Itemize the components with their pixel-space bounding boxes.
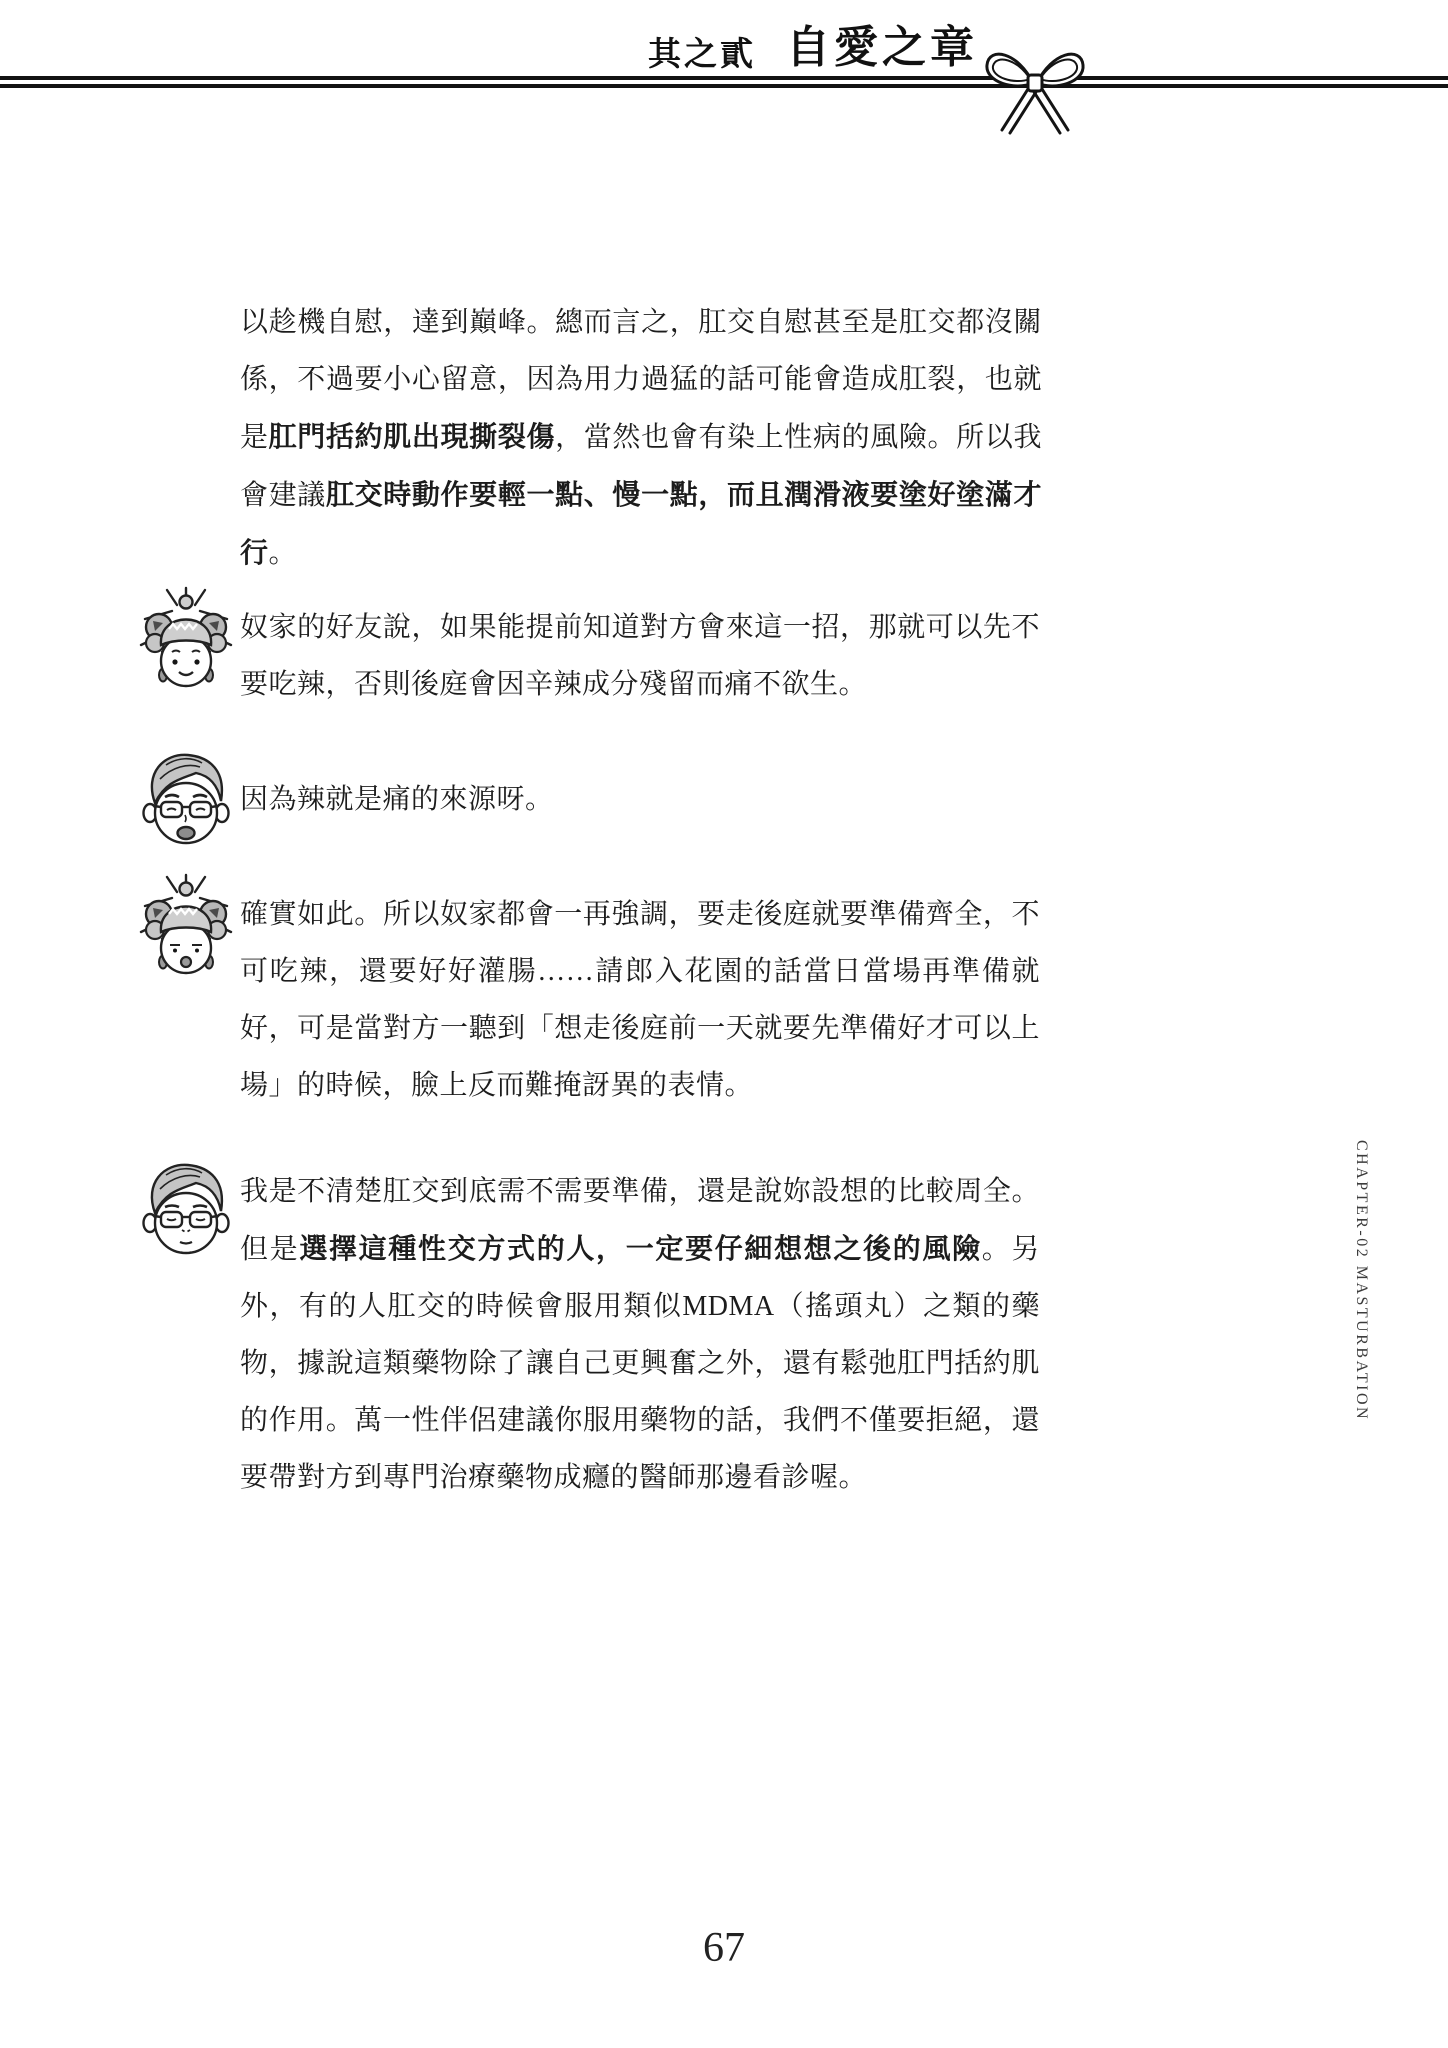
book-page: 其之貳 自愛之章 以趁機自慰，達到巔峰。總而言之，肛交自慰甚至是肛交都沒關係，不… bbox=[0, 0, 1448, 2048]
doctor-calm-avatar bbox=[136, 1155, 236, 1267]
dialogue-row-1: 奴家的好友說，如果能提前知道對方會來這一招，那就可以先不要吃辣，否則後庭會因辛辣… bbox=[136, 585, 1044, 713]
avatar-cell bbox=[136, 1155, 240, 1272]
chapter-title: 自愛之章 bbox=[786, 26, 978, 70]
chapter-sidebar-label: CHAPTER-02 MASTURBATION bbox=[1352, 1140, 1370, 1421]
intro-paragraph: 以趁機自慰，達到巔峰。總而言之，肛交自慰甚至是肛交都沒關係，不過要小心留意，因為… bbox=[240, 294, 1042, 582]
dialogue-text: 因為辣就是痛的來源呀。 bbox=[240, 771, 1040, 828]
avatar-cell bbox=[136, 745, 240, 862]
dialogue-row-2: 因為辣就是痛的來源呀。 bbox=[136, 745, 1044, 862]
avatar-cell bbox=[136, 585, 240, 702]
courtesan-smiling-avatar bbox=[136, 585, 236, 697]
dialogue-row-3: 確實如此。所以奴家都會一再強調，要走後庭就要準備齊全，不可吃辣，還要好好灌腸……… bbox=[136, 872, 1044, 1114]
ribbon-bow-icon bbox=[980, 34, 1090, 136]
header-double-rule bbox=[0, 76, 1448, 88]
page-number: 67 bbox=[0, 1924, 1448, 1972]
avatar-cell bbox=[136, 872, 240, 989]
dialogue-text: 我是不清楚肛交到底需不需要準備，還是說妳設想的比較周全。但是選擇這種性交方式的人… bbox=[240, 1163, 1040, 1506]
doctor-surprised-avatar bbox=[136, 745, 236, 857]
page-header: 其之貳 自愛之章 bbox=[0, 18, 978, 70]
courtesan-shocked-avatar bbox=[136, 872, 236, 984]
dialogue-text: 確實如此。所以奴家都會一再強調，要走後庭就要準備齊全，不可吃辣，還要好好灌腸……… bbox=[240, 886, 1040, 1114]
dialogue-text: 奴家的好友說，如果能提前知道對方會來這一招，那就可以先不要吃辣，否則後庭會因辛辣… bbox=[240, 599, 1040, 713]
chapter-number-label: 其之貳 bbox=[648, 37, 756, 70]
dialogue-row-4: 我是不清楚肛交到底需不需要準備，還是說妳設想的比較周全。但是選擇這種性交方式的人… bbox=[136, 1155, 1044, 1506]
